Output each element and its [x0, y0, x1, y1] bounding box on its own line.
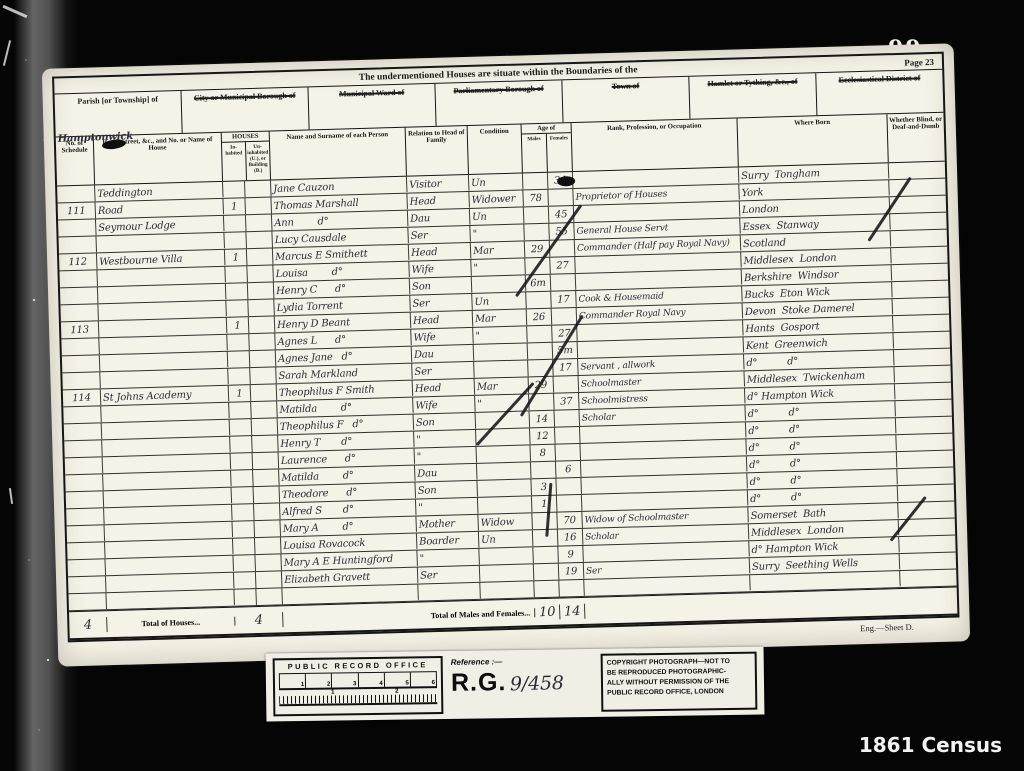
cell-inhabited [225, 266, 248, 283]
cell-schedule [64, 440, 103, 457]
cell-condition: Widower [469, 190, 524, 208]
cell-age-male: 78 [523, 190, 549, 207]
reference-box: Reference :— R.G. 9/458 [451, 654, 594, 714]
cell-disability [899, 535, 956, 553]
cell-inhabited [232, 487, 255, 504]
film-scratch [3, 40, 11, 66]
cell-disability [892, 280, 949, 298]
cell-uninhabited [247, 265, 274, 282]
cell-schedule [60, 304, 99, 321]
col-condition: Condition [468, 124, 523, 173]
cell-age-female [556, 478, 582, 495]
cell-disability [893, 331, 950, 349]
cell-disability [892, 263, 949, 281]
total-males: 10 [535, 604, 561, 620]
cell-schedule [58, 236, 97, 253]
col-occupation: Rank, Profession, or Occupation [572, 118, 739, 171]
cell-condition [479, 547, 534, 565]
col-name: Name and Surname of each Person [270, 128, 407, 180]
cell-relation: Head [411, 311, 474, 329]
cell-disability [896, 416, 953, 434]
cell-schedule [67, 542, 106, 559]
cell-age-male [533, 546, 559, 563]
cell-age-female: 17 [551, 291, 577, 308]
cell-inhabited [229, 402, 252, 419]
cell-schedule [67, 525, 106, 542]
cell-inhabited: 1 [227, 317, 250, 334]
cell-disability [897, 467, 954, 485]
reference-label: Reference :— [451, 656, 593, 667]
cell-inhabited [233, 538, 256, 555]
cell-uninhabited [256, 588, 283, 605]
cell-inhabited [234, 572, 257, 589]
cell-age-female [552, 308, 578, 325]
cell-condition: Un [479, 530, 534, 548]
cell-schedule [66, 508, 105, 525]
cell-condition: " [473, 326, 528, 344]
cell-uninhabited [250, 367, 277, 384]
cell-age-male: 8 [530, 445, 556, 462]
cell-inhabited: 1 [225, 249, 248, 266]
cell-relation: Wife [409, 260, 472, 278]
cell-inhabited [230, 436, 253, 453]
cell-inhabited [233, 555, 256, 572]
census-rows: Teddington Jane Cauzon Visitor Un 34 Sur… [57, 162, 957, 612]
cell-relation: Boarder [417, 532, 480, 550]
cell-age-female [555, 444, 581, 461]
form-frame: The undermentioned Houses are situate wi… [52, 52, 959, 643]
cell-disability [895, 382, 952, 400]
cell-inhabited [232, 504, 255, 521]
census-caption: 1861 Census [859, 733, 1002, 757]
cell-uninhabited [252, 435, 279, 452]
census-form: The undermentioned Houses are situate wi… [42, 43, 970, 666]
cell-disability [891, 229, 948, 247]
cell-age-female: 17 [553, 359, 579, 376]
cell-schedule [66, 491, 105, 508]
cell-condition [478, 496, 533, 514]
cell-schedule [65, 474, 104, 491]
cell-uninhabited [245, 180, 272, 197]
cell-uninhabited [254, 520, 281, 537]
cell-age-female [554, 376, 580, 393]
cell-age-male [526, 292, 552, 309]
cell-disability [889, 161, 946, 179]
cell-relation: " [416, 498, 479, 516]
cell-disability [894, 365, 951, 383]
cell-condition: Mar [473, 309, 528, 327]
cell-relation: Ser [410, 294, 473, 312]
cell-inhabited [232, 521, 255, 538]
cell-disability [897, 450, 954, 468]
cell-schedule [61, 338, 100, 355]
col-inhabited: In-habited [222, 142, 247, 181]
cell-age-male: 14 [530, 411, 556, 428]
cell-uninhabited [246, 231, 273, 248]
cell-disability [900, 552, 957, 570]
cell-uninhabited [249, 333, 276, 350]
cell-age-female [554, 410, 580, 427]
cell-condition: Mar [471, 241, 526, 259]
cell-condition [477, 462, 532, 480]
ruler-centimetres: 1 2 [279, 689, 437, 706]
cell-schedule [62, 372, 101, 389]
cell-age-female [551, 274, 577, 291]
cell-relation: Wife [411, 328, 474, 346]
cell-relation [418, 582, 481, 600]
cell-condition [474, 343, 529, 361]
cell-schedule: 111 [58, 202, 97, 219]
cell-age-female [559, 580, 585, 597]
cell-age-male: 3 [531, 479, 557, 496]
cell-condition [476, 445, 531, 463]
cell-relation: Head [409, 243, 472, 261]
cell-schedule [65, 457, 104, 474]
cell-condition: Widow [478, 513, 533, 531]
cell-inhabited [234, 589, 257, 606]
cell-age-male: 1 [532, 496, 558, 513]
cell-inhabited: 1 [223, 198, 246, 215]
cell-uninhabited [251, 384, 278, 401]
cell-uninhabited [248, 282, 275, 299]
cell-inhabited [230, 419, 253, 436]
cell-inhabited [223, 181, 246, 198]
cell-inhabited [226, 283, 249, 300]
cell-inhabited [224, 215, 247, 232]
page-number: Page 23 [904, 57, 934, 68]
cell-age-female: 19 [559, 563, 585, 580]
cell-condition: Un [469, 173, 524, 191]
cell-schedule [58, 219, 97, 236]
cell-relation: Ser [412, 362, 475, 380]
cell-disability [893, 314, 950, 332]
reference-number: 9/458 [510, 672, 564, 695]
cell-age-male [534, 580, 560, 597]
cell-inhabited [228, 351, 251, 368]
cell-schedule: 114 [63, 389, 102, 406]
town-field: Town of [562, 77, 690, 123]
cell-uninhabited [255, 537, 282, 554]
parish-label: Parish [or Township] of [77, 95, 158, 106]
cell-uninhabited [253, 452, 280, 469]
cell-age-female: 6 [556, 461, 582, 478]
col-age: Age of Males Females [522, 123, 573, 172]
cell-relation: Dau [415, 464, 478, 482]
cell-disability [893, 297, 950, 315]
cell-schedule [62, 355, 101, 372]
cell-condition [474, 360, 529, 378]
cell-relation: Dau [412, 345, 475, 363]
cell-age-female: 9 [558, 546, 584, 563]
cell-relation: Ser [418, 565, 481, 583]
cell-schedule: 113 [61, 321, 100, 338]
cell-age-female [557, 495, 583, 512]
cell-schedule [57, 185, 96, 202]
municipal-ward-field: Municipal Ward of [308, 84, 436, 130]
cell-age-female: 16 [558, 529, 584, 546]
cell-relation: " [414, 430, 477, 448]
col-uninhabited: Un-inhabited (U.), or Building (B.) [246, 142, 270, 181]
cell-age-male [531, 462, 557, 479]
copyright-notice: COPYRIGHT PHOTOGRAPH—NOT TO BE REPRODUCE… [601, 652, 758, 712]
cell-uninhabited [253, 469, 280, 486]
cell-relation: Head [413, 379, 476, 397]
cell-relation: Wife [413, 396, 476, 414]
col-relation: Relation to Head of Family [406, 126, 469, 176]
cell-schedule [60, 287, 99, 304]
cell-uninhabited [256, 571, 283, 588]
cell-relation: Head [407, 192, 470, 210]
cell-disability [896, 433, 953, 451]
cell-disability [891, 246, 948, 264]
cell-age-male [524, 224, 550, 241]
cell-age-male: 12 [530, 428, 556, 445]
cell-uninhabited [252, 418, 279, 435]
cell-age-female: 70 [557, 512, 583, 529]
col-born: Where Born [737, 114, 888, 166]
cell-inhabited [224, 232, 247, 249]
cell-condition [480, 564, 535, 582]
cell-inhabited [231, 470, 254, 487]
film-scratch [9, 488, 13, 504]
cell-relation: Son [410, 277, 473, 295]
cell-inhabited [227, 334, 250, 351]
cell-condition: " [471, 258, 526, 276]
cell-relation: Ser [408, 226, 471, 244]
cell-relation: " [417, 548, 480, 566]
cell-uninhabited [250, 350, 277, 367]
cell-relation: Visitor [407, 175, 470, 193]
cell-inhabited [226, 300, 249, 317]
cell-condition [480, 581, 535, 599]
cell-schedule [68, 576, 107, 593]
cell-relation: Son [414, 413, 477, 431]
cell-schedule [64, 423, 103, 440]
parish-field: Parish [or Township] of Hamptonwick [55, 91, 183, 137]
col-street: Road, Street, &c., and No. or Name of Ho… [94, 133, 223, 185]
cell-schedule: 112 [59, 253, 98, 270]
cell-condition: Un [470, 207, 525, 225]
cell-disability [895, 399, 952, 417]
cell-inhabited [228, 368, 251, 385]
cell-age-male: 26 [527, 309, 553, 326]
pro-office-label: PUBLIC RECORD OFFICE [279, 660, 437, 671]
parliamentary-borough-field: Parliamentary Borough of [435, 80, 563, 126]
cell-age-male [527, 326, 553, 343]
col-disability: Whether Blind, or Deaf-and-Dumb [887, 113, 944, 163]
cell-relation: Dau [408, 209, 471, 227]
cell-relation: Mother [416, 515, 479, 533]
cell-condition: " [470, 224, 525, 242]
cell-disability [890, 212, 947, 230]
cell-uninhabited [254, 503, 281, 520]
cell-disability [894, 348, 951, 366]
total-houses-label: Total of Houses... [107, 616, 235, 629]
cell-schedule [59, 270, 98, 287]
pro-stamp: PUBLIC RECORD OFFICE 1 2 3 4 5 6 1 2 Ref… [266, 647, 765, 722]
cell-age-female: 37 [554, 393, 580, 410]
col-houses: HOUSES In-habited Un-inhabited (U.), or … [222, 132, 271, 181]
cell-schedule [68, 593, 107, 610]
cell-disability [898, 484, 955, 502]
cell-uninhabited [245, 197, 272, 214]
total-females: 14 [560, 603, 586, 619]
cell-uninhabited [246, 214, 273, 231]
cell-age-male [523, 173, 549, 190]
cell-schedule [63, 406, 102, 423]
cell-uninhabited [255, 554, 282, 571]
cell-uninhabited [249, 316, 276, 333]
cell-disability [900, 569, 957, 587]
cell-age-female [548, 189, 574, 206]
reference-series: R.G. [451, 668, 507, 698]
ruler: PUBLIC RECORD OFFICE 1 2 3 4 5 6 1 2 [273, 656, 444, 716]
cell-uninhabited [248, 299, 275, 316]
ruler-inches: 1 2 3 4 5 6 [279, 671, 437, 690]
cell-uninhabited [247, 248, 274, 265]
cell-age-male [524, 207, 550, 224]
total-houses-value: 4 [235, 612, 284, 629]
cell-age-male [528, 343, 554, 360]
cell-age-female [555, 427, 581, 444]
cell-uninhabited [254, 486, 281, 503]
total-schedules: 4 [69, 617, 108, 633]
cell-schedule [67, 559, 106, 576]
cell-uninhabited [251, 401, 278, 418]
col-age-females: Females [547, 133, 572, 172]
col-age-males: Males [522, 134, 548, 173]
microfilm-frame: 99 The undermentioned Houses are situate… [0, 0, 1024, 771]
cell-inhabited: 1 [229, 385, 252, 402]
cell-age-male [534, 563, 560, 580]
hamlet-field: Hamlet or Tything, &c., of [689, 73, 817, 119]
ecclesiastical-district-field: Ecclesiastical District of [816, 70, 943, 116]
cell-relation: " [415, 447, 478, 465]
city-borough-field: City or Municipal Borough of [182, 87, 310, 133]
cell-relation: Son [415, 481, 478, 499]
cell-inhabited [231, 453, 254, 470]
total-males-females-label: Total of Males and Females... [283, 608, 535, 624]
cell-age-female: 27 [550, 257, 576, 274]
cell-condition [477, 479, 532, 497]
